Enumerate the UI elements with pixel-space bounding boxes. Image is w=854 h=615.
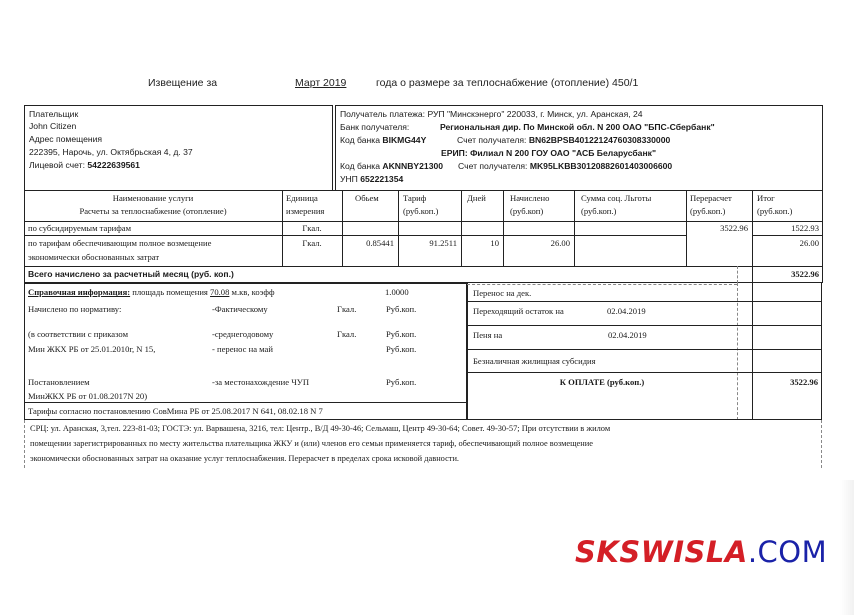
footer-line2: помещении зарегистрированных по месту жи… — [30, 438, 593, 449]
location-label: -за местонахождение ЧУП — [212, 377, 309, 388]
bank-code2: AKNNBY21300 — [382, 161, 443, 171]
watermark-tld: .COM — [748, 535, 827, 569]
col-total-2: (руб.коп.) — [757, 206, 792, 217]
to-pay-value: 3522.96 — [752, 377, 818, 388]
grand-total-label: Всего начислено за расчетный месяц (руб.… — [28, 268, 234, 281]
recipient-account2-row: Счет получателя: MK95LKBB301208826014030… — [458, 160, 672, 173]
to-pay-label: К ОПЛАТЕ (руб.коп.) — [467, 377, 737, 388]
watermark-brand: SKSWISLA — [575, 535, 748, 569]
col-total-1: Итог — [757, 193, 775, 204]
row1-total: 1522.93 — [752, 223, 819, 234]
unp-label: УНП — [340, 174, 358, 184]
bank-code: BIKMG44Y — [382, 135, 426, 145]
bank-code2-label: Код банка — [340, 161, 380, 171]
col-benefit-2: (руб.коп.) — [581, 206, 616, 217]
norm-avg: -среднегодовому — [212, 329, 273, 340]
account-row: Лицевой счет: 54222639561 — [29, 159, 140, 172]
col-service-2: Расчеты за теплоснабжение (отопление) — [24, 206, 282, 217]
row2-days: 10 — [461, 238, 499, 249]
tariffs-note: Тарифы согласно постановлению СовМина РБ… — [28, 406, 323, 417]
transfer-dec: Перенос на дек. — [473, 288, 531, 299]
payer-name: John Citizen — [29, 120, 76, 133]
page-edge-shadow — [840, 480, 854, 615]
unp-row: УНП 652221354 — [340, 173, 403, 186]
col-service-1: Наименование услуги — [24, 193, 282, 204]
norm-label: Начислено по нормативу: — [28, 304, 121, 315]
footer-line3: экономически обоснованных затрат на оказ… — [30, 453, 459, 464]
row1-service: по субсидируемым тарифам — [28, 223, 131, 234]
notice-period: Март 2019 — [295, 77, 346, 89]
address-label: Адрес помещения — [29, 133, 102, 146]
order-line1: (в соответствии с приказом — [28, 329, 128, 340]
unit-rub-2: Руб.коп. — [386, 329, 416, 340]
erip-line: ЕРИП: Филиал N 200 ГОУ ОАО "АСБ Беларусб… — [441, 147, 656, 160]
row1-recalc: 3522.96 — [686, 223, 748, 234]
notice-suffix: года о размере за теплоснабжение (отопле… — [376, 77, 638, 89]
recipient-account2-label: Счет получателя: — [458, 161, 527, 171]
footer-line1: СРЦ: ул. Аранская, 3,тел. 223-81-03; ГОС… — [30, 423, 610, 434]
col-charged-1: Начислено — [510, 193, 549, 204]
unit-rub-3: Руб.коп. — [386, 344, 416, 355]
resolution-label: Постановлением — [28, 377, 90, 388]
subsidy-label: Безналичная жилищная субсидия — [473, 356, 596, 367]
recipient-account2: MK95LKBB30120882601403006600 — [530, 161, 672, 171]
unit-gcal-1: Гкал. — [337, 304, 356, 315]
row2-charged: 26.00 — [503, 238, 570, 249]
unit-rub-1: Руб.коп. — [386, 304, 416, 315]
area-value: 70.08 — [210, 287, 229, 297]
norm-actual: -Фактическому — [212, 304, 268, 315]
recipient-line: Получатель платежа: РУП "Минскэнерго" 22… — [340, 108, 643, 121]
row2-volume: 0.85441 — [342, 238, 394, 249]
col-recalc-1: Перерасчет — [690, 193, 732, 204]
row2-total: 26.00 — [752, 238, 819, 249]
bank-code2-row: Код банка AKNNBY21300 — [340, 160, 443, 173]
col-benefit-1: Сумма соц. Льготы — [581, 193, 651, 204]
col-charged-2: (руб.коп) — [510, 206, 543, 217]
order-line2: Мин ЖКХ РБ от 25.01.2010г, N 15, — [28, 344, 155, 355]
watermark-logo: SKSWISLA.COM — [575, 535, 827, 569]
area-unit: м.кв, коэфф — [232, 287, 275, 297]
recipient-account-row: Счет получателя: BN62BPSB401221247603083… — [457, 134, 670, 147]
area-label: площадь помещения — [132, 287, 208, 297]
bank-code-row: Код банка BIKMG44Y — [340, 134, 426, 147]
carry-date: 02.04.2019 — [607, 306, 646, 317]
reference-title: Справочная информация: — [28, 287, 130, 297]
col-unit-2: измерения — [286, 206, 324, 217]
col-unit-1: Единица — [286, 193, 318, 204]
bank-name: Региональная дир. По Минской обл. N 200 … — [440, 121, 715, 134]
resolution-line2: МинЖКХ РБ от 01.08.2017N 20) — [28, 391, 147, 402]
unit-rub-4: Руб.коп. — [386, 377, 416, 388]
penalty-label: Пеня на — [473, 330, 502, 341]
unp-value: 652221354 — [360, 174, 403, 184]
payer-address: 222395, Нарочь, ул. Октябрьская 4, д. 37 — [29, 146, 193, 159]
row2-unit: Гкал. — [282, 238, 342, 249]
row2-service: по тарифам обеспечивающим полное возмеще… — [28, 238, 211, 249]
row2-tariff: 91.2511 — [398, 238, 457, 249]
payer-label: Плательщик — [29, 108, 78, 121]
notice-prefix: Извещение за — [148, 77, 217, 89]
grand-total-value: 3522.96 — [752, 269, 819, 280]
bank-label: Банк получателя: — [340, 121, 409, 134]
reference-title-row: Справочная информация: площадь помещения… — [28, 287, 275, 298]
transfer-may: - перенос на май — [212, 344, 273, 355]
col-tariff-2: (руб.коп.) — [403, 206, 438, 217]
penalty-date: 02.04.2019 — [608, 330, 647, 341]
row2-service-cont: экономически обоснованных затрат — [28, 252, 159, 263]
recipient-account-label: Счет получателя: — [457, 135, 526, 145]
coef-value: 1.0000 — [385, 287, 409, 298]
col-recalc-2: (руб.коп.) — [690, 206, 725, 217]
col-volume: Обьем — [355, 193, 379, 204]
col-days: Дней — [467, 193, 486, 204]
account-number: 54222639561 — [87, 160, 140, 170]
unit-gcal-2: Гкал. — [337, 329, 356, 340]
account-label: Лицевой счет: — [29, 160, 85, 170]
col-tariff-1: Тариф — [403, 193, 426, 204]
row1-unit: Гкал. — [282, 223, 342, 234]
bank-code-label: Код банка — [340, 135, 380, 145]
recipient-account: BN62BPSB40122124760308330000 — [529, 135, 670, 145]
period-value: Март 2019 — [295, 77, 346, 89]
carry-label: Переходящий остаток на — [473, 306, 564, 317]
